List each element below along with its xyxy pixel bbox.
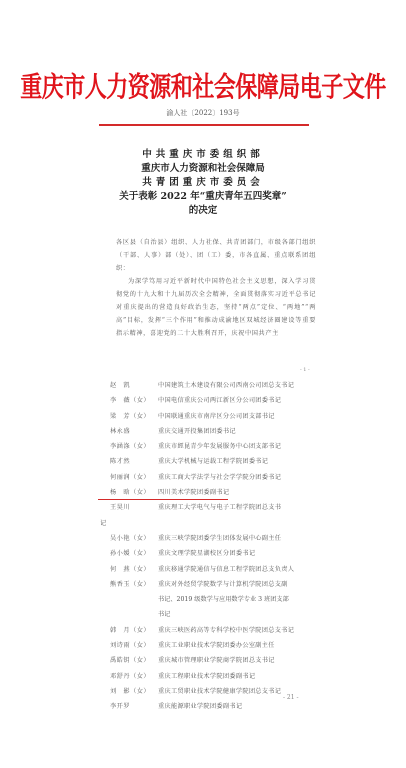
awardee-name: 李涵涤（女）: [110, 439, 158, 454]
list-item-continuation: 记: [100, 516, 330, 531]
awardee-unit: 重庆工业职业技术学院团委办公室副主任: [158, 638, 330, 653]
issuer-line-3: 共青团重庆市委员会: [0, 176, 406, 190]
awardee-unit: 重庆城市管理职业学院商学院团总支书记: [158, 653, 330, 668]
document-page: 重庆市人力资源和社会保障局电子文件 渝人社〔2022〕193号 中共重庆市委组织…: [0, 0, 406, 768]
list-item: 陈才然 重庆大学机械与运载工程学院团委书记: [110, 454, 330, 469]
list-item: 韩 月（女） 重庆三峡医药高等专科学校中医学院团总支书记: [110, 623, 330, 638]
issuer-line-2: 重庆市人力资源和社会保障局: [0, 162, 406, 176]
red-divider-line: [99, 124, 309, 126]
awardee-name: 吴小艳（女）: [110, 531, 158, 546]
list-item: 赵 凯 中国建筑土木建设有限公司西南公司团总支书记: [110, 378, 330, 393]
red-header-title: 重庆市人力资源和社会保障局电子文件: [0, 66, 406, 105]
awardee-unit: 重庆工商大学法学与社会学学院分团委书记: [158, 470, 330, 485]
awardee-name: 陈才然: [110, 454, 158, 469]
issuer-line-1: 中共重庆市委组织部: [0, 148, 406, 162]
awardee-unit: 重庆能源职业学院团委副书记: [158, 699, 330, 714]
awardee-name: 李 薇（女）: [110, 393, 158, 408]
awardee-name: 孙小媛（女）: [110, 546, 158, 561]
list-item-continuation: 书记: [110, 607, 330, 622]
list-item: 刘诗雨（女） 重庆工业职业技术学院团委办公室副主任: [110, 638, 330, 653]
awardee-name: 何丽润（女）: [110, 470, 158, 485]
document-heading: 中共重庆市委组织部 重庆市人力资源和社会保障局 共青团重庆市委员会 关于表彰 2…: [0, 148, 406, 218]
body-paragraph: 为深学笃用习近平新时代中国特色社会主义思想，深入学习贯彻党的十九大和十九届历次全…: [116, 275, 316, 340]
decision-title: 关于表彰 2022 年“重庆青年五四奖章”: [0, 190, 406, 204]
list-item: 李涵涤（女） 重庆市經昆青少年发展服务中心团支部书记: [110, 439, 330, 454]
awardee-unit: 中国建筑土木建设有限公司西南公司团总支书记: [158, 378, 330, 393]
page-marker: - 1 -: [300, 367, 310, 373]
awardee-unit: 重庆文理学院星湖校区分团委书记: [158, 546, 330, 561]
salutation: 各区县（自治县）组织、人力社保、共青团部门，市级各部门组织（干部、人事）部（处）…: [116, 236, 316, 275]
awardee-unit: 重庆理工大学电气与电子工程学院团总支书: [158, 500, 330, 515]
list-item: 林永盛 重庆交通开投集团团委书记: [110, 424, 330, 439]
awardee-unit: 重庆对外经贸学院数学与计算机学院团总支副: [158, 577, 330, 592]
awardee-name: 韩 月（女）: [110, 623, 158, 638]
list-item: 何 燕（女） 重庆移通学院通信与信息工程学院团总支负责人: [110, 562, 330, 577]
awardee-name: 刘 影（女）: [110, 684, 158, 699]
list-item: 吴小艳（女） 重庆三峡学院团委学生团体发展中心副主任: [110, 531, 330, 546]
awardee-unit: 四川美术学院团委副书记: [158, 485, 330, 500]
awardee-unit: 重庆大学机械与运载工程学院团委书记: [158, 454, 330, 469]
list-item: 孙小媛（女） 重庆文理学院星湖校区分团委书记: [110, 546, 330, 561]
awardee-name: 王昊川: [110, 500, 158, 515]
awardee-list: 赵 凯 中国建筑土木建设有限公司西南公司团总支书记 李 薇（女） 中国电信重庆公…: [110, 378, 330, 715]
list-item: 王昊川 重庆理工大学电气与电子工程学院团总支书: [110, 500, 330, 515]
awardee-name: 何 燕（女）: [110, 562, 158, 577]
document-body: 各区县（自治县）组织、人力社保、共青团部门，市级各部门组织（干部、人事）部（处）…: [116, 236, 316, 340]
list-item: 熊香玉（女） 重庆对外经贸学院数学与计算机学院团总支副: [110, 577, 330, 592]
awardee-name: 刘诗雨（女）: [110, 638, 158, 653]
list-item-highlighted: 杨 晗（女） 四川美术学院团委副书记: [110, 485, 330, 500]
awardee-name: 林永盛: [110, 424, 158, 439]
awardee-unit: 重庆工贸职业技术学院健康学院团总支书记: [158, 684, 330, 699]
document-number: 渝人社〔2022〕193号: [0, 108, 406, 118]
awardee-unit: 重庆市經昆青少年发展服务中心团支部书记: [158, 439, 330, 454]
list-item: 梁 芳（女） 中国联通重庆市南岸区分公司团支部书记: [110, 409, 330, 424]
list-item-continuation: 书记、2019 级数学与应用数学专业 3 班团支部: [110, 592, 330, 607]
page-number: - 21 -: [283, 694, 299, 701]
awardee-unit: 重庆工程职业技术学院团委副书记: [158, 669, 330, 684]
awardee-name: 赵 凯: [110, 378, 158, 393]
awardee-unit: 中国电信重庆公司两江新区分公司团委书记: [158, 393, 330, 408]
list-item: 李 薇（女） 中国电信重庆公司两江新区分公司团委书记: [110, 393, 330, 408]
awardee-name: 邓舒丹（女）: [110, 669, 158, 684]
awardee-name: 熊香玉（女）: [110, 577, 158, 592]
awardee-name: 李开罗: [110, 699, 158, 714]
awardee-unit: 中国联通重庆市南岸区分公司团支部书记: [158, 409, 330, 424]
awardee-name: 禹皓钥（女）: [110, 653, 158, 668]
awardee-name: 杨 晗（女）: [110, 485, 158, 500]
list-item: 邓舒丹（女） 重庆工程职业技术学院团委副书记: [110, 669, 330, 684]
awardee-unit: 重庆交通开投集团团委书记: [158, 424, 330, 439]
awardee-unit: 重庆移通学院通信与信息工程学院团总支负责人: [158, 562, 330, 577]
list-item: 李开罗 重庆能源职业学院团委副书记: [110, 699, 330, 714]
awardee-unit: 重庆三峡学院团委学生团体发展中心副主任: [158, 531, 330, 546]
list-item: 何丽润（女） 重庆工商大学法学与社会学学院分团委书记: [110, 470, 330, 485]
list-item: 禹皓钥（女） 重庆城市管理职业学院商学院团总支书记: [110, 653, 330, 668]
awardee-unit: 重庆三峡医药高等专科学校中医学院团总支书记: [158, 623, 330, 638]
decision-title-suffix: 的决定: [0, 204, 406, 218]
awardee-name: 梁 芳（女）: [110, 409, 158, 424]
